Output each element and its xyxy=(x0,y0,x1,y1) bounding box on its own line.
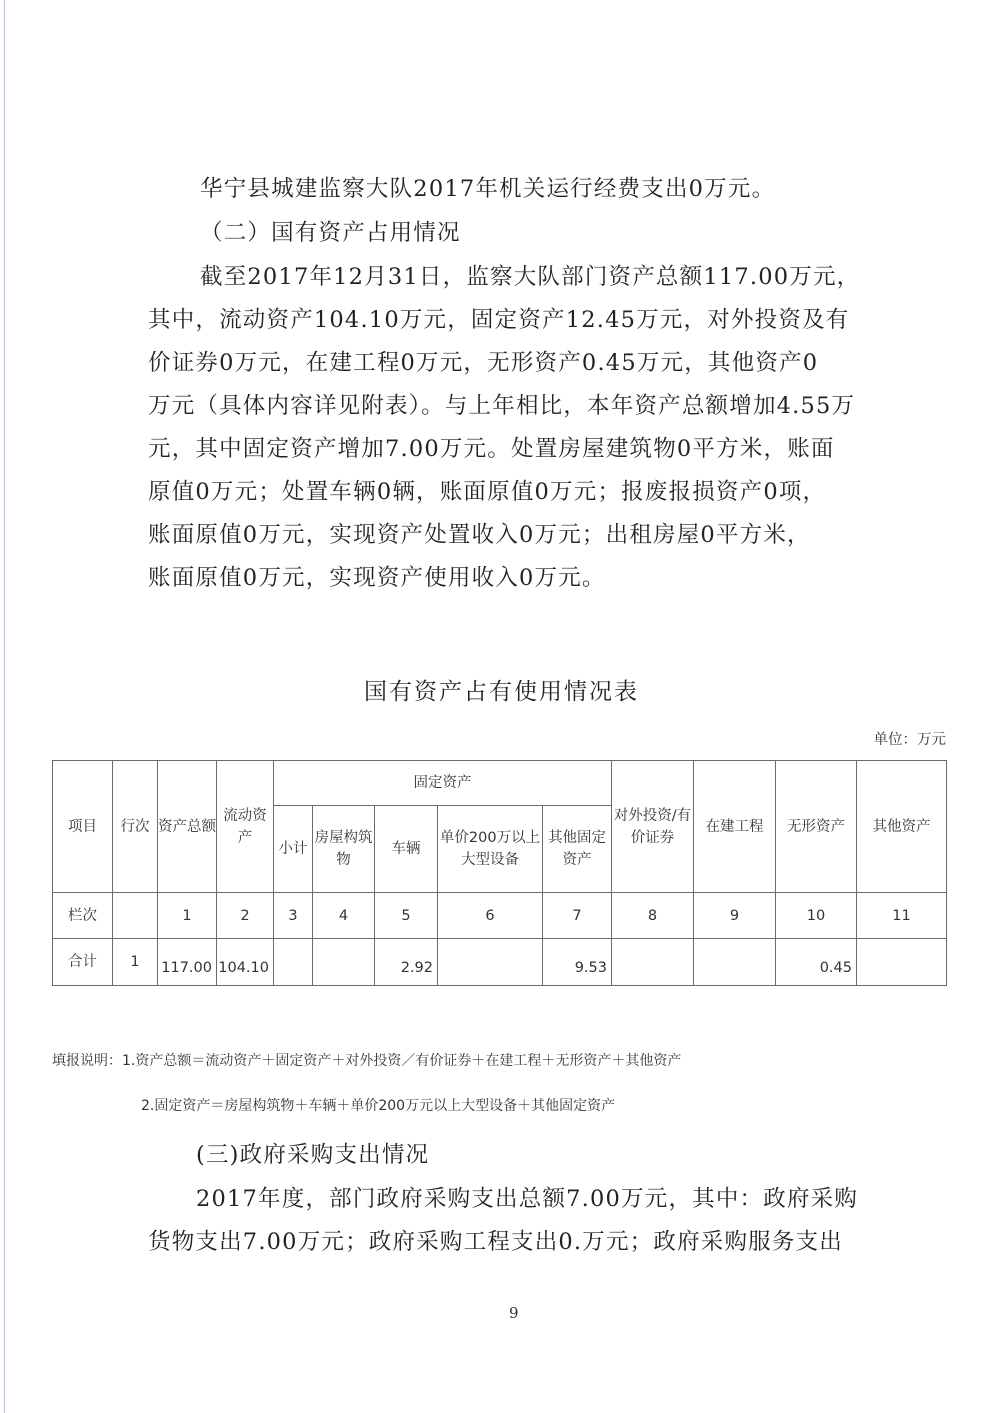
section2-heading: （二）国有资产占用情况 xyxy=(200,212,461,254)
table-cell: 11 xyxy=(857,893,947,939)
section2-line: 元，其中固定资产增加7.00万元。处置房屋建筑物0平方米，账面 xyxy=(148,428,835,470)
table-cell: 104.10 xyxy=(217,939,274,986)
paragraph-expense: 华宁县城建监察大队2017年机关运行经费支出0万元。 xyxy=(200,168,775,210)
column-number-row: 栏次 1 2 3 4 5 6 7 8 9 10 11 xyxy=(53,893,947,939)
page-number: 9 xyxy=(509,1304,519,1322)
table-cell: 10 xyxy=(776,893,857,939)
scan-edge xyxy=(4,0,5,1413)
table-cell: 1 xyxy=(158,893,217,939)
section2-line: 账面原值0万元，实现资产处置收入0万元；出租房屋0平方米， xyxy=(148,514,811,556)
unit-label: 单位：万元 xyxy=(874,728,947,749)
header-total-assets: 资产总额 xyxy=(158,761,217,893)
asset-table: 项目 行次 资产总额 流动资产 固定资产 对外投资/有价证券 在建工程 无形资产… xyxy=(52,760,947,986)
column-row-no xyxy=(113,893,158,939)
section2-line: 截至2017年12月31日，监察大队部门资产总额117.00万元， xyxy=(200,256,860,298)
table-cell: 3 xyxy=(274,893,313,939)
header-intangible: 无形资产 xyxy=(776,761,857,893)
header-current-assets: 流动资产 xyxy=(217,761,274,893)
table-cell: 7 xyxy=(543,893,612,939)
total-row-label: 合计 xyxy=(53,939,113,986)
header-subtotal: 小计 xyxy=(274,806,313,893)
table-cell: 8 xyxy=(612,893,694,939)
table-cell: 4 xyxy=(313,893,375,939)
table-title: 国有资产占有使用情况表 xyxy=(364,673,639,706)
table-cell xyxy=(274,939,313,986)
table-cell: 5 xyxy=(375,893,438,939)
header-fixed-assets: 固定资产 xyxy=(274,761,612,806)
table-cell: 2 xyxy=(217,893,274,939)
total-row-no: 1 xyxy=(113,939,158,986)
table-cell xyxy=(694,939,776,986)
header-large-equipment: 单价200万以上大型设备 xyxy=(438,806,543,893)
section3-line: 2017年度，部门政府采购支出总额7.00万元，其中：政府采购 xyxy=(196,1178,858,1220)
table-cell xyxy=(313,939,375,986)
table-cell: 0.45 xyxy=(776,939,857,986)
header-row-no: 行次 xyxy=(113,761,158,893)
section2-line: 其中，流动资产104.10万元，固定资产12.45万元，对外投资及有 xyxy=(148,299,849,341)
header-other-assets: 其他资产 xyxy=(857,761,947,893)
table-cell: 6 xyxy=(438,893,543,939)
header-item: 项目 xyxy=(53,761,113,893)
header-row-1: 项目 行次 资产总额 流动资产 固定资产 对外投资/有价证券 在建工程 无形资产… xyxy=(53,761,947,806)
section3-heading: (三)政府采购支出情况 xyxy=(196,1134,429,1176)
header-vehicles: 车辆 xyxy=(375,806,438,893)
section3-line: 货物支出7.00万元；政府采购工程支出0.万元；政府采购服务支出 xyxy=(148,1221,843,1263)
table-cell xyxy=(857,939,947,986)
header-buildings: 房屋构筑物 xyxy=(313,806,375,893)
section2-line: 原值0万元；处置车辆0辆，账面原值0万元；报废报损资产0项， xyxy=(148,471,826,513)
header-investment: 对外投资/有价证券 xyxy=(612,761,694,893)
total-row: 合计 1 117.00 104.10 2.92 9.53 0.45 xyxy=(53,939,947,986)
table-cell: 2.92 xyxy=(375,939,438,986)
table-cell xyxy=(612,939,694,986)
section2-line: 万元（具体内容详见附表）。与上年相比，本年资产总额增加4.55万 xyxy=(148,385,855,427)
section2-line: 账面原值0万元，实现资产使用收入0万元。 xyxy=(148,557,606,599)
note-line-1: 填报说明：1.资产总额＝流动资产＋固定资产＋对外投资／有价证券＋在建工程＋无形资… xyxy=(52,1050,681,1070)
table-cell: 9 xyxy=(694,893,776,939)
header-other-fixed: 其他固定资产 xyxy=(543,806,612,893)
note-line-2: 2.固定资产＝房屋构筑物＋车辆＋单价200万元以上大型设备＋其他固定资产 xyxy=(141,1095,615,1115)
table-cell xyxy=(438,939,543,986)
header-construction: 在建工程 xyxy=(694,761,776,893)
column-row-label: 栏次 xyxy=(53,893,113,939)
section2-line: 价证券0万元，在建工程0万元，无形资产0.45万元，其他资产0 xyxy=(148,342,818,384)
table-cell: 117.00 xyxy=(158,939,217,986)
table-cell: 9.53 xyxy=(543,939,612,986)
